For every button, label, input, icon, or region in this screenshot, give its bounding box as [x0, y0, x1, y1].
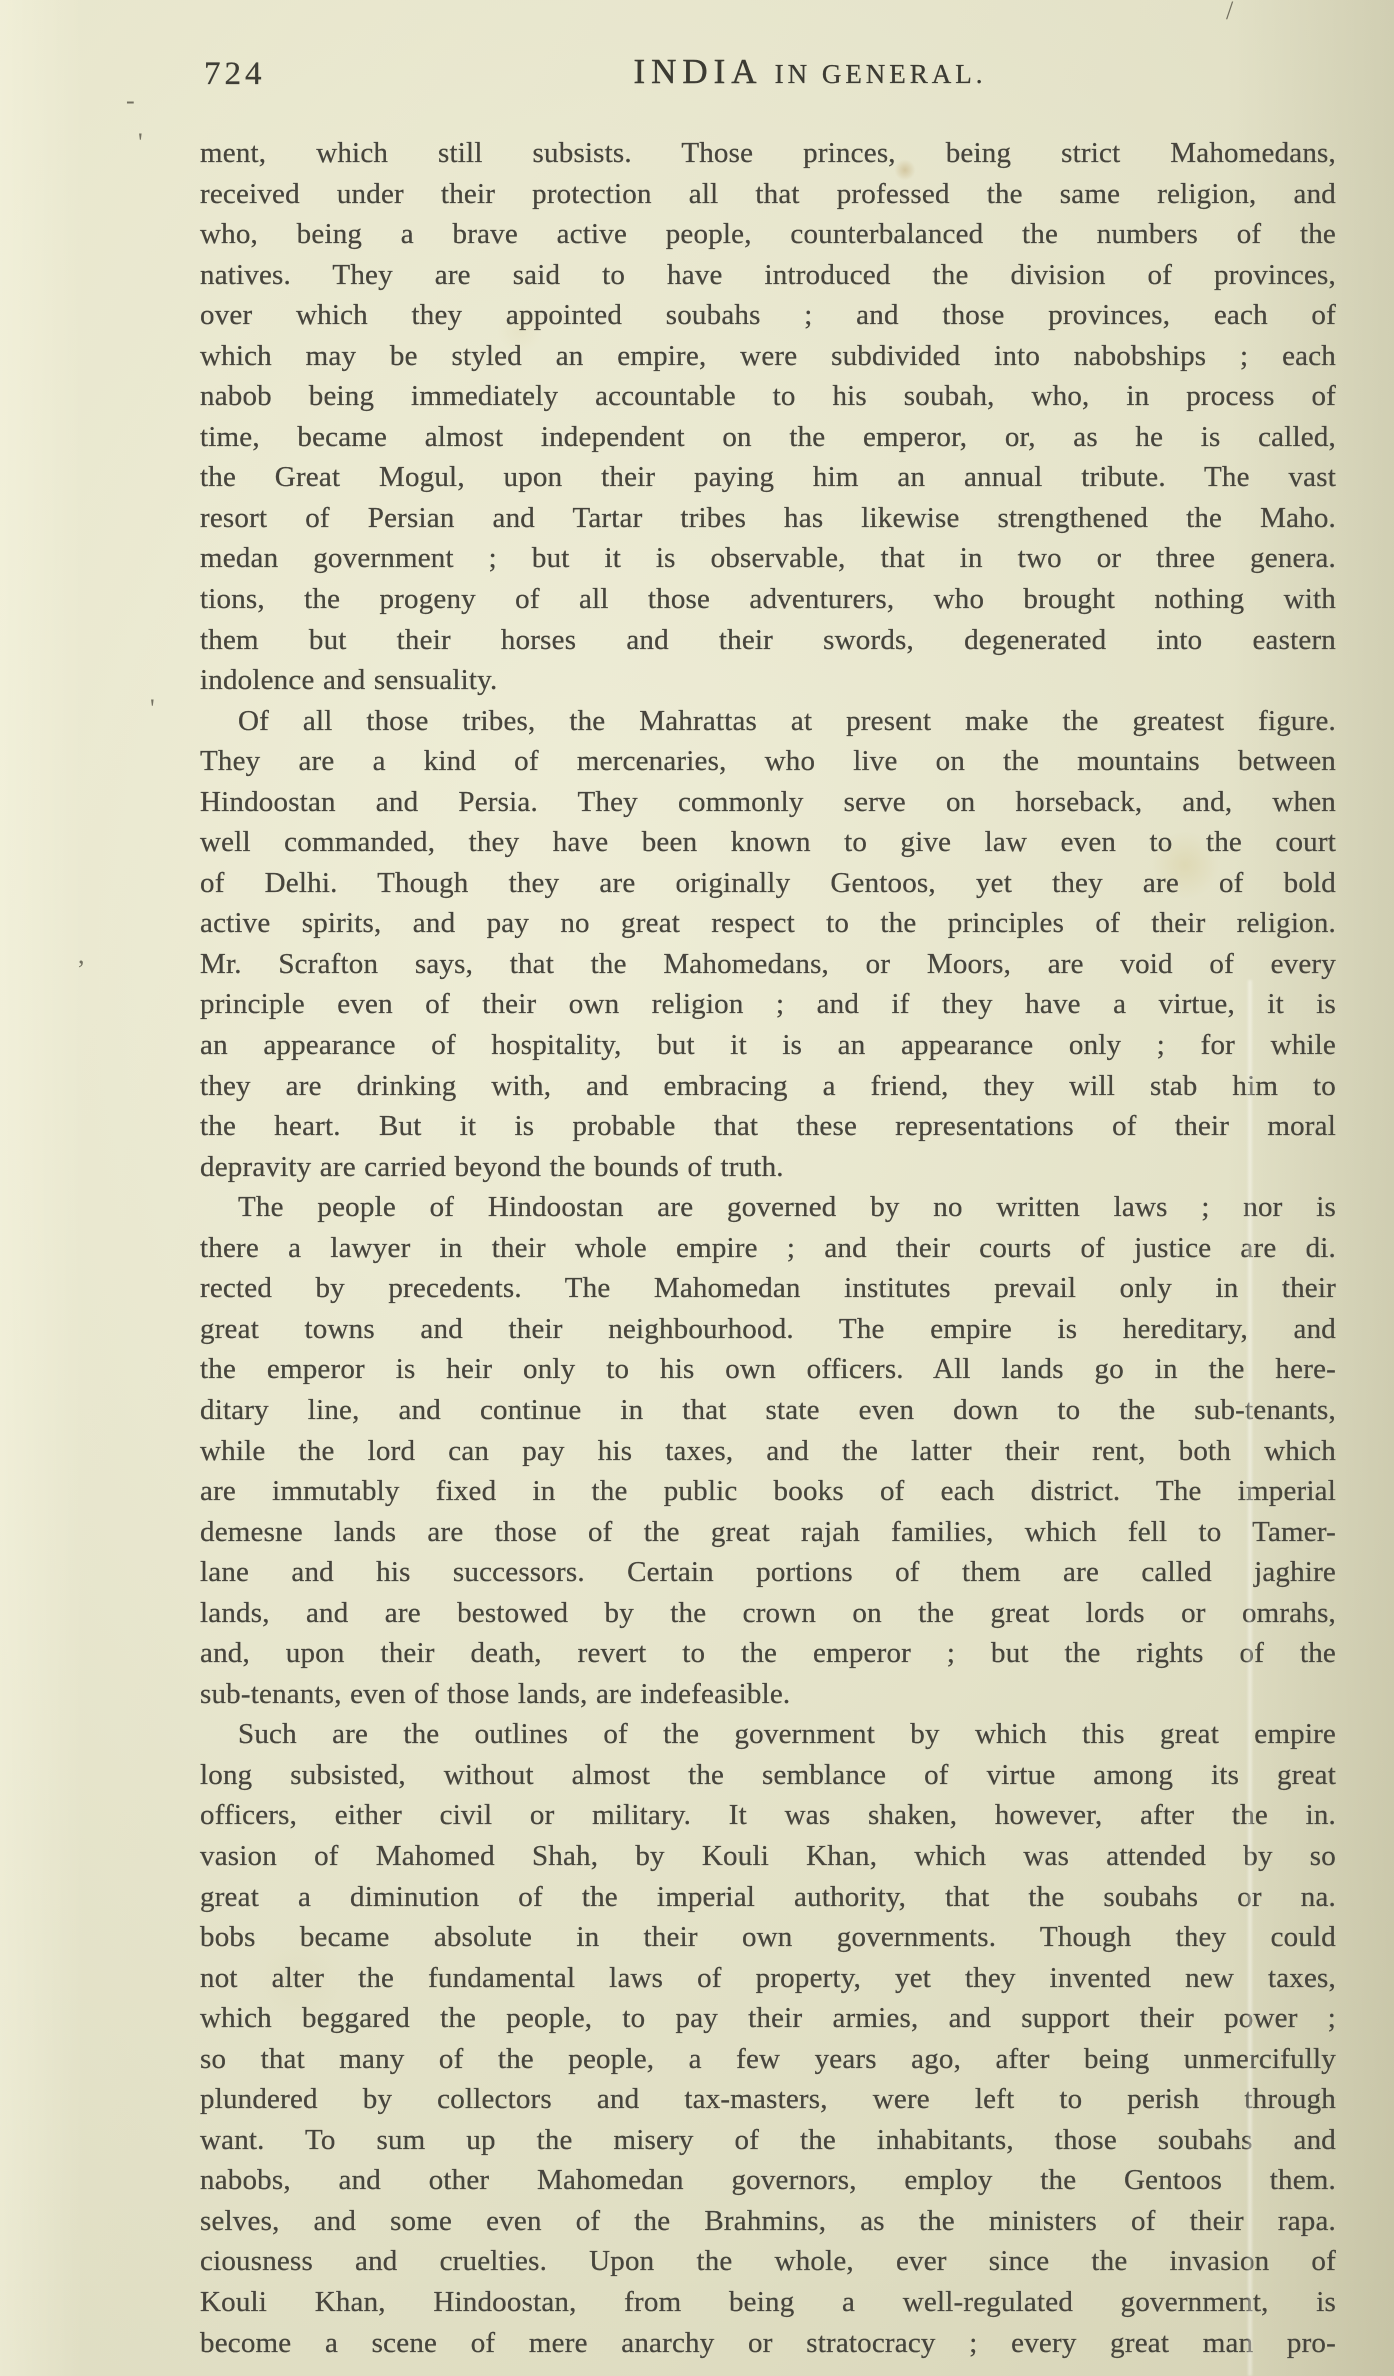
scan-artifact: ,: [78, 940, 85, 970]
text-line: them but their horses and their swords, …: [200, 620, 1336, 661]
scan-fold-line: [1248, 980, 1252, 2376]
text-line: which beggared the people, to pay their …: [200, 1998, 1336, 2039]
text-line: over which they appointed soubahs ; and …: [200, 295, 1336, 336]
text-line: of Delhi. Though they are originally Gen…: [200, 863, 1336, 904]
scan-artifact: /: [1226, 0, 1233, 26]
text-line: nabob being immediately accountable to h…: [200, 376, 1336, 417]
text-line: long subsisted, without almost the sembl…: [200, 1755, 1336, 1796]
text-line: Such are the outlines of the government …: [200, 1714, 1336, 1755]
text-line: ciousness and cruelties. Upon the whole,…: [200, 2241, 1336, 2282]
text-line: Of all those tribes, the Mahrattas at pr…: [200, 701, 1336, 742]
text-line: the Great Mogul, upon their paying him a…: [200, 457, 1336, 498]
text-line: depravity are carried beyond the bounds …: [200, 1147, 1336, 1188]
text-line: vasion of Mahomed Shah, by Kouli Khan, w…: [200, 1836, 1336, 1877]
text-line: great a diminution of the imperial autho…: [200, 1877, 1336, 1918]
text-line: sub-tenants, even of those lands, are in…: [200, 1674, 1336, 1715]
text-line: principle even of their own religion ; a…: [200, 984, 1336, 1025]
text-line: selves, and some even of the Brahmins, a…: [200, 2201, 1336, 2242]
text-line: the heart. But it is probable that these…: [200, 1106, 1336, 1147]
text-line: an appearance of hospitality, but it is …: [200, 1025, 1336, 1066]
text-line: want. To sum up the misery of the inhabi…: [200, 2120, 1336, 2161]
text-line: well commanded, they have been known to …: [200, 822, 1336, 863]
text-line: are immutably fixed in the public books …: [200, 1471, 1336, 1512]
text-line: indolence and sensuality.: [200, 660, 1336, 701]
text-line: while the lord can pay his taxes, and th…: [200, 1431, 1336, 1472]
text-line: and, upon their death, revert to the emp…: [200, 1633, 1336, 1674]
text-line: They are a kind of mercenaries, who live…: [200, 741, 1336, 782]
page-number: 724: [204, 56, 266, 93]
scan-artifact: ': [138, 128, 143, 158]
text-line: time, became almost independent on the e…: [200, 417, 1336, 458]
text-line: lane and his successors. Certain portion…: [200, 1552, 1336, 1593]
text-line: Kouli Khan, Hindoostan, from being a wel…: [200, 2282, 1336, 2323]
page-body: ment, which still subsists. Those prince…: [200, 133, 1336, 2363]
text-line: natives. They are said to have introduce…: [200, 255, 1336, 296]
scan-artifact: ': [150, 694, 155, 724]
text-line: so that many of the people, a few years …: [200, 2039, 1336, 2080]
text-line: nabobs, and other Mahomedan governors, e…: [200, 2160, 1336, 2201]
running-title: INDIAIN GENERAL.: [633, 50, 986, 101]
text-line: resort of Persian and Tartar tribes has …: [200, 498, 1336, 539]
text-line: who, being a brave active people, counte…: [200, 214, 1336, 255]
text-line: The people of Hindoostan are governed by…: [200, 1187, 1336, 1228]
book-page: 724 INDIAIN GENERAL. ment, which still s…: [0, 0, 1394, 2376]
text-line: they are drinking with, and embracing a …: [200, 1066, 1336, 1107]
running-title-small: IN GENERAL.: [775, 59, 987, 89]
scan-artifact: -: [126, 86, 135, 116]
text-line: ment, which still subsists. Those prince…: [200, 133, 1336, 174]
text-line: Mr. Scrafton says, that the Mahomedans, …: [200, 944, 1336, 985]
text-line: officers, either civil or military. It w…: [200, 1795, 1336, 1836]
running-title-main: INDIA: [633, 52, 762, 91]
text-line: the emperor is heir only to his own offi…: [200, 1349, 1336, 1390]
text-line: medan government ; but it is observable,…: [200, 538, 1336, 579]
text-line: active spirits, and pay no great respect…: [200, 903, 1336, 944]
text-line: lands, and are bestowed by the crown on …: [200, 1593, 1336, 1634]
text-line: received under their protection all that…: [200, 174, 1336, 215]
text-line: great towns and their neighbourhood. The…: [200, 1309, 1336, 1350]
text-line: there a lawyer in their whole empire ; a…: [200, 1228, 1336, 1269]
text-line: not alter the fundamental laws of proper…: [200, 1958, 1336, 1999]
text-line: which may be styled an empire, were subd…: [200, 336, 1336, 377]
text-line: Hindoostan and Persia. They commonly ser…: [200, 782, 1336, 823]
text-line: tions, the progeny of all those adventur…: [200, 579, 1336, 620]
text-line: ditary line, and continue in that state …: [200, 1390, 1336, 1431]
text-line: bobs became absolute in their own govern…: [200, 1917, 1336, 1958]
text-line: become a scene of mere anarchy or strato…: [200, 2323, 1336, 2364]
text-line: rected by precedents. The Mahomedan inst…: [200, 1268, 1336, 1309]
text-line: plundered by collectors and tax-masters,…: [200, 2079, 1336, 2120]
text-line: demesne lands are those of the great raj…: [200, 1512, 1336, 1553]
